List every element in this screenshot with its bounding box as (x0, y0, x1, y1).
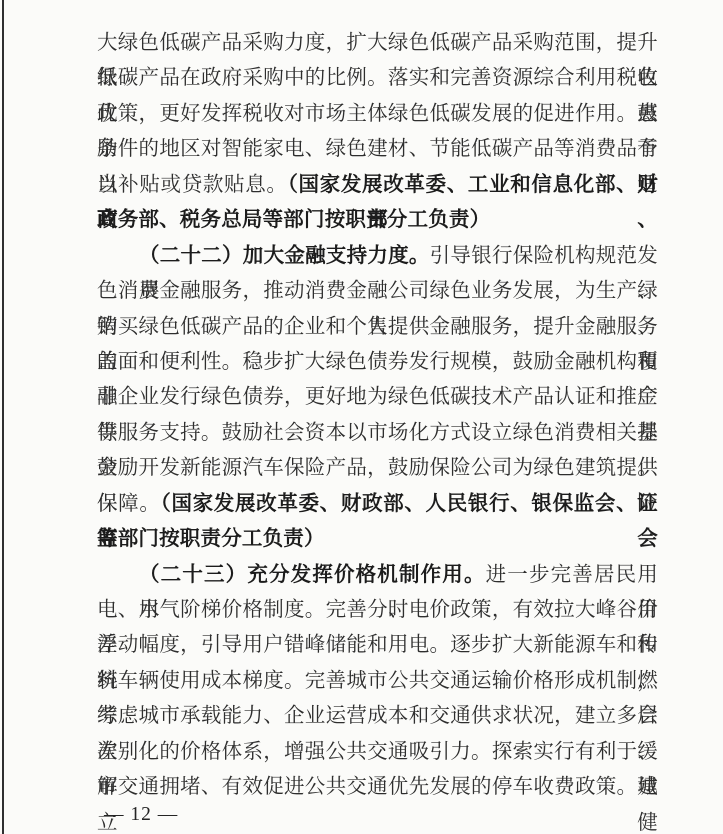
page-left-border-line (2, 0, 4, 834)
document-body: 大绿色低碳产品采购力度，扩大绿色低碳产品采购范围，提升绿色低碳产品在政府采购中的… (97, 26, 658, 806)
responsibility-attribution: 商务部、税务总局等部门按职责分工负责） (97, 209, 490, 231)
text-line: 市交通拥堵、有效促进公共交通优先发展的停车收费政策。建立健 (97, 770, 658, 805)
body-text: 保障。 (97, 493, 161, 515)
text-line: （二十二）加大金融支持力度。引导银行保险机构规范发展绿 (97, 239, 658, 274)
text-line: 购买绿色低碳产品的企业和个人提供金融服务，提升金融服务的覆 (97, 310, 658, 345)
text-line: 电、用气阶梯价格制度。完善分时电价政策，有效拉大峰谷价差和 (97, 593, 658, 628)
text-line: 考虑城市承载能力、企业运营成本和交通供求状况，建立多层次、 (97, 699, 658, 734)
paragraph-heading: （二十三）充分发挥价格机制作用。 (139, 564, 486, 586)
responsibility-attribution: 等部门按职责分工负责） (97, 528, 325, 550)
text-line: 盖面和便利性。稳步扩大绿色债券发行规模，鼓励金融机构和非金 (97, 345, 658, 380)
text-line: 鼓励开发新能源汽车保险产品，鼓励保险公司为绿色建筑提供保险 (97, 451, 658, 486)
paragraph-heading: （二十二）加大金融支持力度。 (139, 245, 430, 267)
body-text: 市交通拥堵、有效促进公共交通优先发展的停车收费政策。建立健 (97, 776, 658, 833)
text-line: 浮动幅度，引导用户错峰储能和用电。逐步扩大新能源车和传统燃 (97, 628, 658, 663)
text-line: 料车辆使用成本梯度。完善城市公共交通运输价格形成机制，综合 (97, 664, 658, 699)
text-line: 低碳产品在政府采购中的比例。落实和完善资源综合利用税收优惠 (97, 61, 658, 96)
text-line: 政策，更好发挥税收对市场主体绿色低碳发展的促进作用。鼓励有 (97, 97, 658, 132)
text-line: （二十三）充分发挥价格机制作用。进一步完善居民用水、用 (97, 558, 658, 593)
body-text: 当补贴或贷款贴息。 (97, 174, 288, 196)
text-line: 保障。（国家发展改革委、财政部、人民银行、银保监会、证监会 (97, 487, 658, 522)
text-line: 色消费金融服务，推动消费金融公司绿色业务发展，为生产、销售、 (97, 274, 658, 309)
page-number: — 12 — (104, 804, 178, 826)
text-line: 融企业发行绿色债券，更好地为绿色低碳技术产品认证和推广等提 (97, 380, 658, 415)
text-line: 差别化的价格体系，增强公共交通吸引力。探索实行有利于缓解城 (97, 735, 658, 770)
text-line: 大绿色低碳产品采购力度，扩大绿色低碳产品采购范围，提升绿色 (97, 26, 658, 61)
text-line: 供服务支持。鼓励社会资本以市场化方式设立绿色消费相关基金。 (97, 416, 658, 451)
text-line: 条件的地区对智能家电、绿色建材、节能低碳产品等消费品予以适 (97, 132, 658, 167)
text-line: 当补贴或贷款贴息。（国家发展改革委、工业和信息化部、财政部、 (97, 168, 658, 203)
document-page: { "page": { "background_color": "#fbfbf9… (0, 0, 723, 834)
